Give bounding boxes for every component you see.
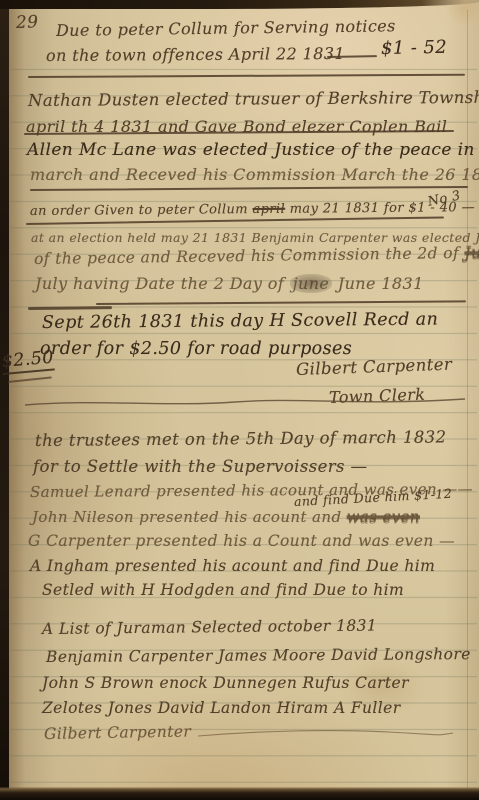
ledger-page: 29 Due to peter Collum for Serving notic… (0, 0, 479, 800)
entry-separator-line (30, 186, 468, 191)
entry5-line3-pre: July having Date the 2 Day of (35, 274, 290, 293)
jurymen-row: Gilbert Carpenter (44, 722, 191, 743)
entry7-line2: for to Settle with the Supervoissers — (33, 457, 367, 476)
entry5-line1: at an election held may 21 1831 Benjamin… (31, 230, 479, 245)
entry1-line2: on the town offences April 22 1831 (46, 44, 345, 65)
entry1-amount: $1 - 52 (381, 37, 447, 59)
entry1-line1: Due to peter Collum for Serving notices (56, 16, 396, 40)
entry5-line3-post: June 1831 (332, 274, 423, 293)
entry5-line3: July having Date the 2 Day of june June … (35, 274, 424, 293)
entry7-struck-words: was even (347, 508, 420, 526)
entry4-struck-word: april (252, 202, 285, 217)
entry7-line7: Setled with H Hodgden and find Due to hi… (42, 581, 404, 599)
binding-edge-left (0, 0, 9, 800)
entry5-text: of the peace and Receved his Commission … (34, 244, 465, 268)
jurymen-row: John S Brown enock Dunnegen Rufus Carter (42, 674, 409, 692)
jurymen-list-title: A List of Juraman Selected october 1831 (42, 616, 377, 638)
entry5-line2: of the peace and Receved his Commission … (34, 244, 479, 268)
entry5-struck-word: July (464, 244, 479, 262)
entry-separator-line (28, 74, 465, 78)
entry7-line5: G Carpenter presented his a Count and wa… (28, 532, 455, 550)
ink-flourish-line (25, 396, 465, 410)
page-number: 29 (16, 12, 39, 33)
entry7-line6: A Ingham presented his acount and find D… (30, 557, 435, 575)
entry-separator-line (96, 300, 466, 304)
binding-edge-bottom (0, 787, 479, 800)
entry7-line1: the trustees met on the 5th Day of march… (35, 427, 447, 450)
entry6-margin-amount: $2.50 (1, 348, 55, 375)
entry4-text-pre: an order Given to peter Collum (30, 202, 253, 219)
jurymen-row: Benjamin Carpenter James Moore David Lon… (46, 645, 471, 666)
trailing-dash-line (198, 726, 453, 740)
entry3-line2: march and Receved his Commission March t… (30, 165, 479, 184)
binding-shadow-left (9, 0, 25, 800)
entry7-line4-text: John Nileson presented his acount and (32, 508, 347, 526)
entry6-signature: Gilbert Carpenter (296, 355, 453, 379)
binding-edge-top (0, 0, 479, 9)
jurymen-row: Zelotes Jones David Landon Hiram A Fulle… (42, 699, 401, 717)
entry6-line1: Sept 26th 1831 this day H Scovell Recd a… (42, 310, 438, 333)
page-edge-crease (467, 10, 468, 790)
entry5-inkblot-word: june (290, 274, 333, 293)
entry3-line1: Allen Mc Lane was elected Justice of the… (27, 140, 475, 160)
entry7-line4: John Nileson presented his acount and wa… (32, 508, 420, 526)
entry2-line1: Nathan Dusten elected trusuer of Berkshi… (28, 88, 479, 110)
entry-separator-stroke (28, 306, 112, 309)
entry1-dash-line (327, 55, 377, 57)
entry6-line2: order for $2.50 for road purposes (40, 339, 352, 359)
